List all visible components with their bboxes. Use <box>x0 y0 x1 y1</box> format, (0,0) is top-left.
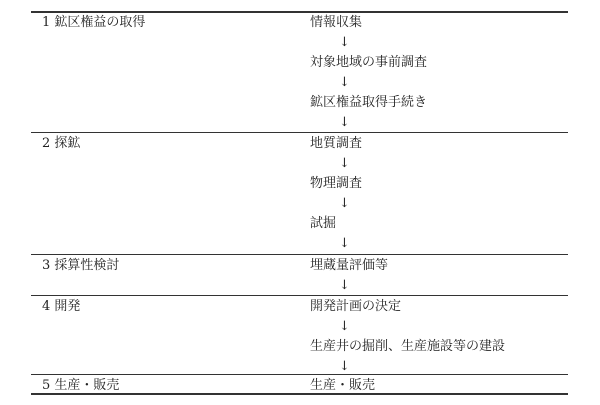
stage-label: 3 採算性検討 <box>42 257 119 275</box>
down-arrow-icon: ↓ <box>339 195 350 213</box>
step-text: 鉱区権益取得手続き <box>310 94 427 112</box>
top-rule <box>31 11 568 13</box>
step-text: 開発計画の決定 <box>310 298 401 316</box>
stage-label: 2 探鉱 <box>42 135 80 153</box>
down-arrow-icon: ↓ <box>339 235 350 253</box>
table-row: 1 鉱区権益の取得 情報収集 ↓ 対象地域の事前調査 ↓ 鉱区権益取得手続き ↓ <box>31 14 568 132</box>
table-row: 4 開発 開発計画の決定 ↓ 生産井の掘削、生産施設等の建設 ↓ <box>31 298 568 376</box>
step-text: 地質調査 <box>310 135 362 153</box>
table-row: 3 採算性検討 埋蔵量評価等 ↓ <box>31 257 568 295</box>
table-row: 2 探鉱 地質調査 ↓ 物理調査 ↓ 試掘 ↓ <box>31 135 568 253</box>
row-divider <box>31 254 568 255</box>
row-divider <box>31 295 568 296</box>
step-text: 対象地域の事前調査 <box>310 54 427 72</box>
step-text: 試掘 <box>310 215 336 233</box>
step-text: 情報収集 <box>310 14 362 32</box>
down-arrow-icon: ↓ <box>339 74 350 92</box>
step-text: 埋蔵量評価等 <box>310 257 388 275</box>
bottom-rule <box>31 393 568 395</box>
step-text: 生産井の掘削、生産施設等の建設 <box>310 338 505 356</box>
step-text: 物理調査 <box>310 175 362 193</box>
down-arrow-icon: ↓ <box>339 114 350 132</box>
down-arrow-icon: ↓ <box>339 277 350 295</box>
stage-label: 1 鉱区権益の取得 <box>42 14 145 32</box>
down-arrow-icon: ↓ <box>339 318 350 336</box>
down-arrow-icon: ↓ <box>339 155 350 173</box>
row-divider <box>31 132 568 133</box>
down-arrow-icon: ↓ <box>339 34 350 52</box>
stage-label: 4 開発 <box>42 298 80 316</box>
row-divider <box>31 374 568 375</box>
